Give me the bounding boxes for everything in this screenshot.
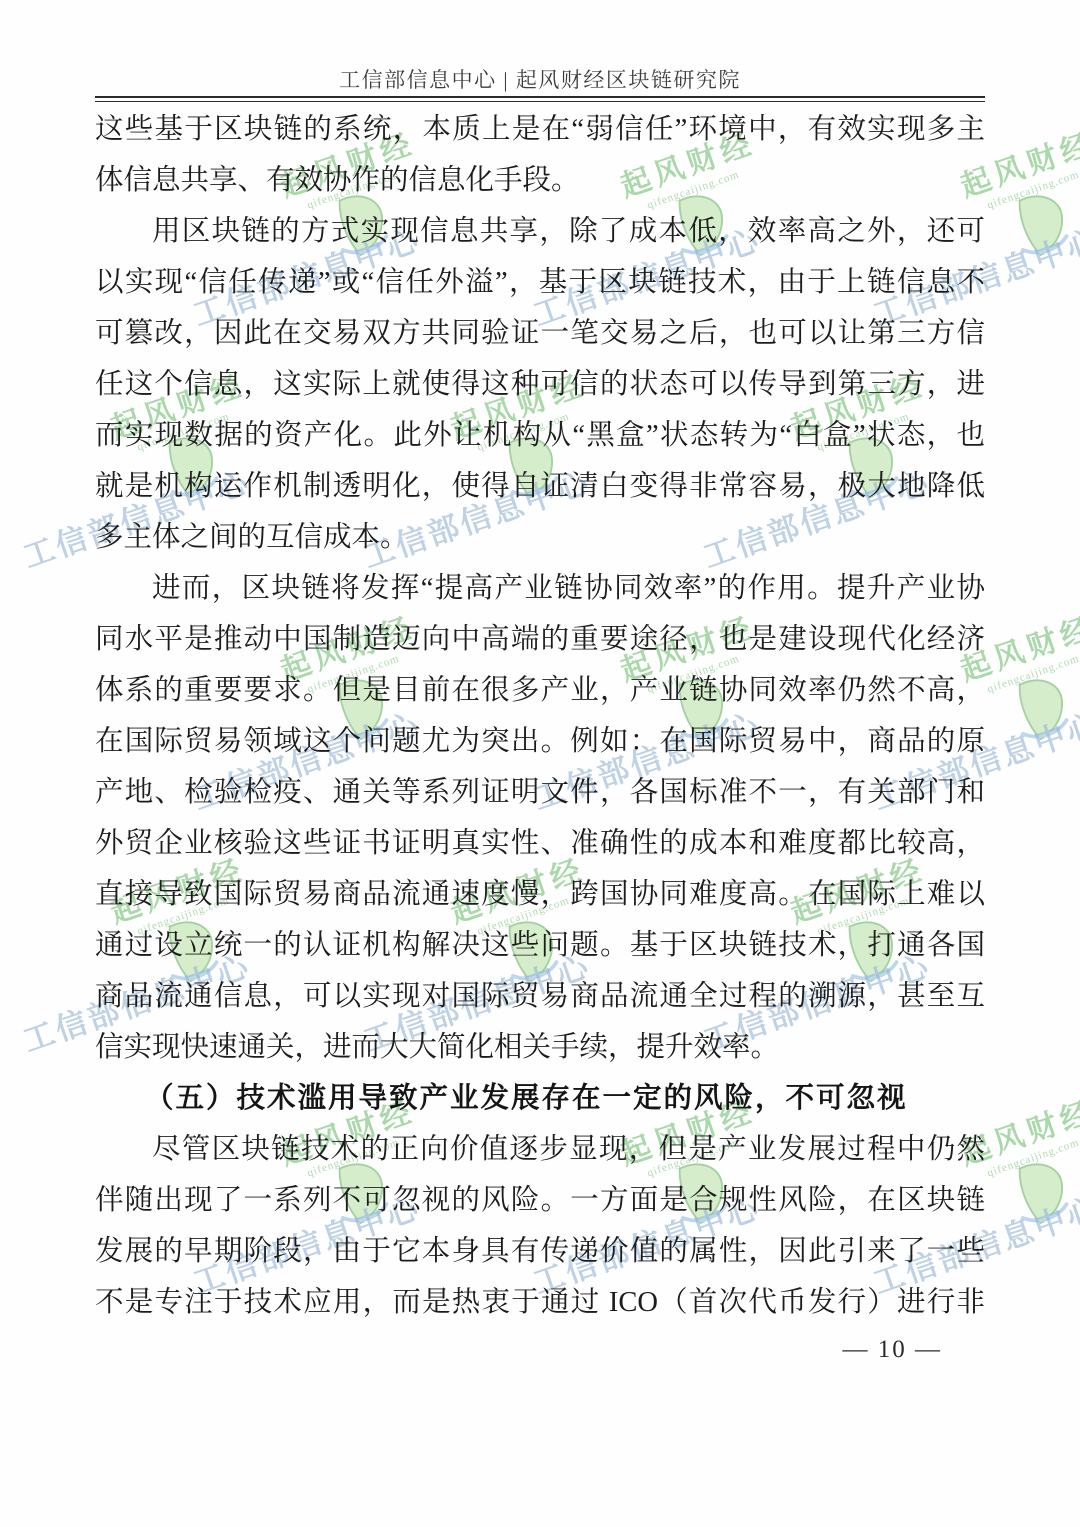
body-line: 多主体之间的互信成本。	[95, 512, 985, 563]
swoosh-icon	[1022, 1204, 1069, 1222]
body-line: 同水平是推动中国制造迈向中高端的重要途径，也是建设现代化经济	[95, 614, 985, 665]
body-line: 进而，区块链将发挥“提高产业链协同效率”的作用。提升产业协	[95, 563, 985, 614]
body-line: 不是专注于技术应用，而是热衷于通过 ICO（首次代币发行）进行非	[95, 1277, 985, 1328]
body-line: 以实现“信任传递”或“信任外溢”，基于区块链技术，由于上链信息不	[95, 257, 985, 308]
leaf-icon	[1011, 672, 1078, 745]
body-line: 发展的早期阶段，由于它本身具有传递价值的属性，因此引来了一些	[95, 1226, 985, 1277]
body-line: 商品流通信息，可以实现对国际贸易商品流通全过程的溯源，甚至互	[95, 971, 985, 1022]
body-line: 在国际贸易领域这个问题尤为突出。例如：在国际贸易中，商品的原	[95, 716, 985, 767]
body-line: 信实现快速通关，进而大大简化相关手续，提升效率。	[95, 1022, 985, 1073]
document-page: 起风财经 qifengcaijing.com 工信部信息中心 起风财经 qife…	[0, 0, 1080, 1527]
page-number: — 10 —	[843, 1336, 943, 1364]
watermark-url-text: qifengcaijing.com	[986, 169, 1080, 212]
body-line: 产地、检验检疫、通关等系列证明文件，各国标准不一，有关部门和	[95, 767, 985, 818]
body-line: 体信息共享、有效协作的信息化手段。	[95, 155, 985, 206]
body-line: 伴随出现了一系列不可忽视的风险。一方面是合规性风险，在区块链	[95, 1175, 985, 1226]
section-heading: （五）技术滥用导致产业发展存在一定的风险，不可忽视	[95, 1073, 985, 1124]
body-line: 体系的重要要求。但是目前在很多产业，产业链协同效率仍然不高，	[95, 665, 985, 716]
body-line: 直接导致国际贸易商品流通速度慢，跨国协同难度高。在国际上难以	[95, 869, 985, 920]
body-line: 这些基于区块链的系统，本质上是在“弱信任”环境中，有效实现多主	[95, 104, 985, 155]
leaf-icon	[1011, 188, 1078, 261]
swoosh-icon	[1022, 236, 1069, 254]
header-rule	[95, 96, 985, 102]
body-line: 就是机构运作机制透明化，使得自证清白变得非常容易，极大地降低	[95, 461, 985, 512]
body-line: 尽管区块链技术的正向价值逐步显现，但是产业发展过程中仍然	[95, 1124, 985, 1175]
watermark-url-text: qifengcaijing.com	[986, 653, 1080, 696]
watermark-url-text: qifengcaijing.com	[986, 1137, 1080, 1180]
header-title: 工信部信息中心 | 起风财经区块链研究院	[0, 64, 1080, 94]
body-line: 通过设立统一的认证机构解决这些问题。基于区块链技术，打通各国	[95, 920, 985, 971]
body-line: 外贸企业核验这些证书证明真实性、准确性的成本和难度都比较高，	[95, 818, 985, 869]
body-line: 而实现数据的资产化。此外让机构从“黑盒”状态转为“白盒”状态，也	[95, 410, 985, 461]
swoosh-icon	[1022, 720, 1069, 738]
body-line: 可篡改，因此在交易双方共同验证一笔交易之后，也可以让第三方信	[95, 308, 985, 359]
body-line: 任这个信息，这实际上就使得这种可信的状态可以传导到第三方，进	[95, 359, 985, 410]
leaf-icon	[1011, 1156, 1078, 1229]
body-line: 用区块链的方式实现信息共享，除了成本低，效率高之外，还可	[95, 206, 985, 257]
document-body: 这些基于区块链的系统，本质上是在“弱信任”环境中，有效实现多主体信息共享、有效协…	[95, 104, 985, 1328]
